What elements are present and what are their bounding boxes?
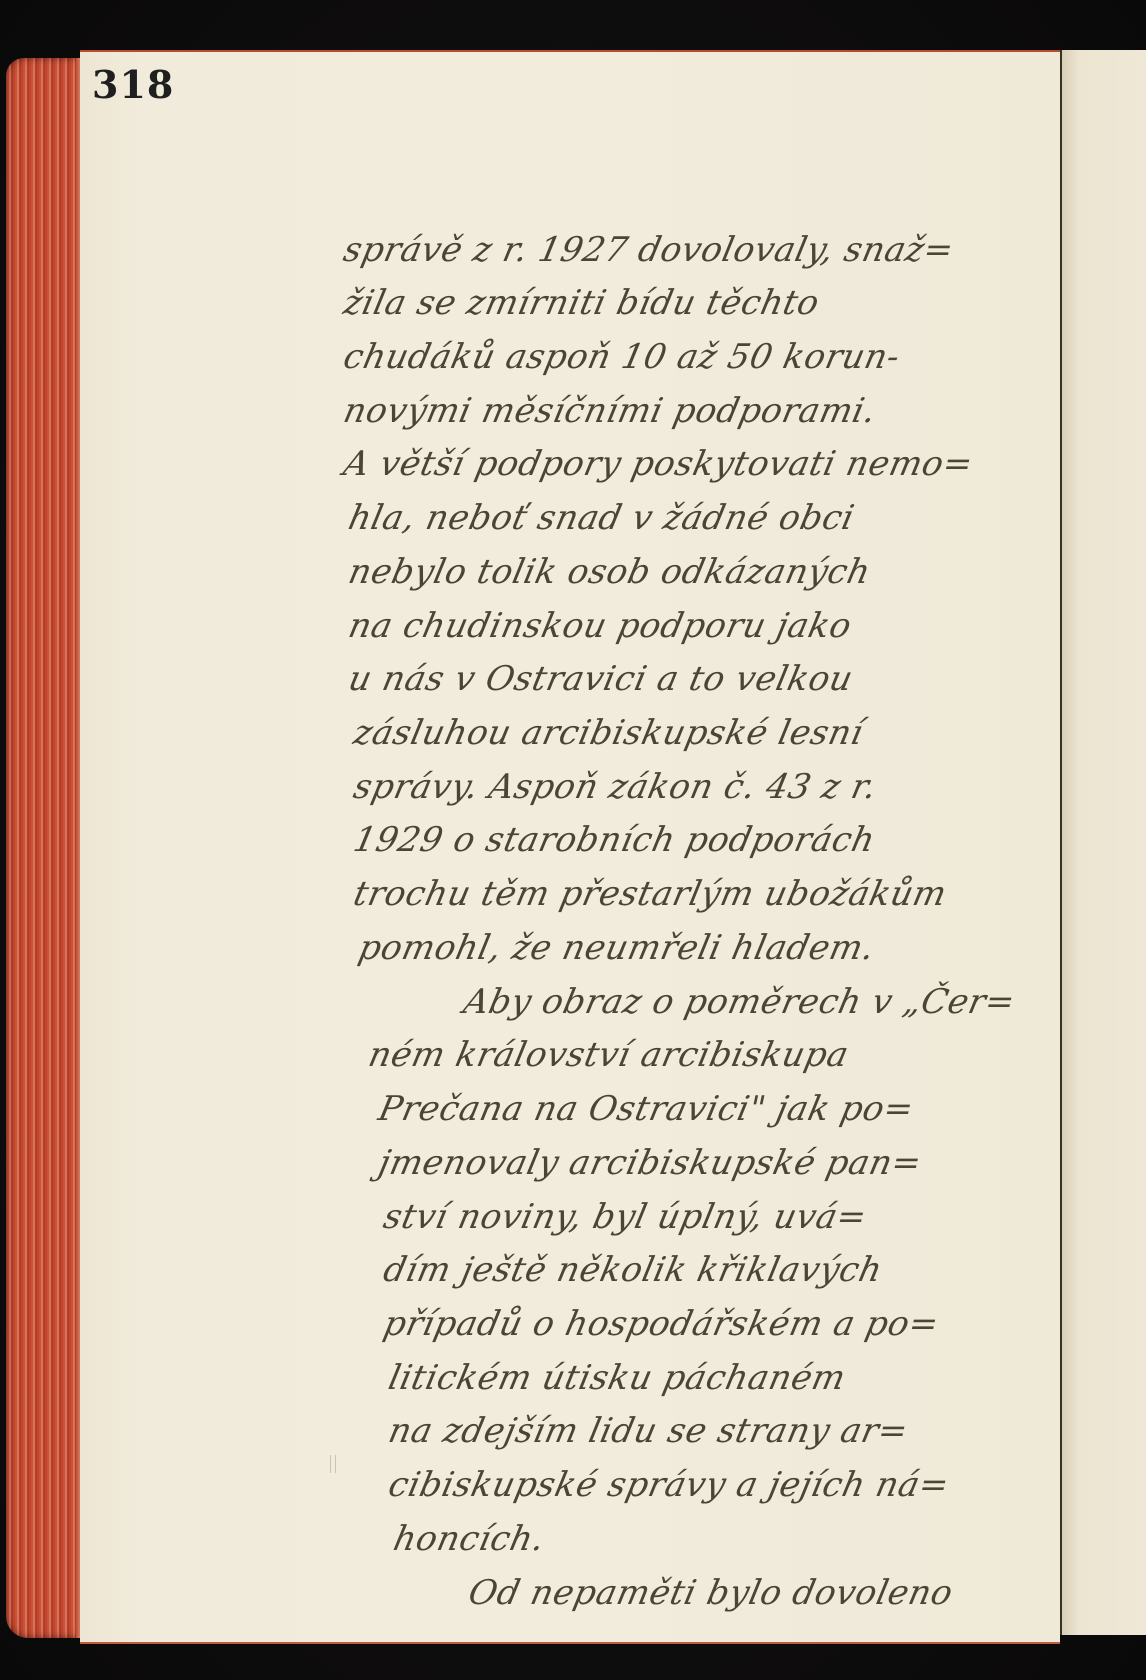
handwritten-line: hla, neboť snad v žádné obci xyxy=(345,498,858,538)
handwritten-line: A větší podpory poskytovati nemo= xyxy=(340,444,977,484)
handwritten-line: cibiskupské správy a jejích ná= xyxy=(385,1465,953,1505)
handwritten-line: novými měsíčními podporami. xyxy=(340,391,880,431)
handwritten-line: pomohl, že neumřeli hladem. xyxy=(355,928,878,968)
handwritten-line: zásluhou arcibiskupské lesní xyxy=(350,713,867,753)
handwritten-line: u nás v Ostravici a to velkou xyxy=(345,659,857,699)
handwritten-line: honcích. xyxy=(390,1519,548,1559)
handwritten-line: jmenovaly arcibiskupské pan= xyxy=(375,1143,925,1183)
handwritten-line: případů o hospodářském a po= xyxy=(380,1304,943,1344)
handwritten-line: žila se zmírniti bídu těchto xyxy=(340,283,823,323)
handwritten-line: ství noviny, byl úplný, uvá= xyxy=(380,1197,870,1237)
handwritten-line: správy. Aspoň zákon č. 43 z r. xyxy=(350,767,880,807)
handwritten-line: Prečana na Ostravici" jak po= xyxy=(375,1089,917,1129)
handwritten-line: Aby obraz o poměrech v „Čer= xyxy=(460,982,1019,1022)
handwritten-line: ném království arcibiskupa xyxy=(365,1035,852,1075)
pencil-marks xyxy=(330,1455,336,1473)
handwritten-line: chudáků aspoň 10 až 50 korun- xyxy=(340,337,904,377)
handwritten-line: Od nepaměti bylo dovoleno xyxy=(465,1573,957,1613)
handwritten-line: na zdejším lidu se strany ar= xyxy=(385,1411,912,1451)
scanned-book-spread: 318 správě z r. 1927 dovolovaly, snaž=ži… xyxy=(0,0,1146,1680)
handwritten-text-block: správě z r. 1927 dovolovaly, snaž=žila s… xyxy=(0,0,1146,1680)
handwritten-line: na chudinskou podporu jako xyxy=(345,606,855,646)
handwritten-line: 1929 o starobních podporách xyxy=(350,820,879,860)
handwritten-line: nebylo tolik osob odkázaných xyxy=(345,552,874,592)
handwritten-line: litickém útisku páchaném xyxy=(385,1358,849,1398)
handwritten-line: trochu těm přestarlým ubožákům xyxy=(350,874,950,914)
handwritten-line: dím ještě několik křiklavých xyxy=(380,1250,886,1290)
handwritten-line: správě z r. 1927 dovolovaly, snaž= xyxy=(340,230,958,270)
